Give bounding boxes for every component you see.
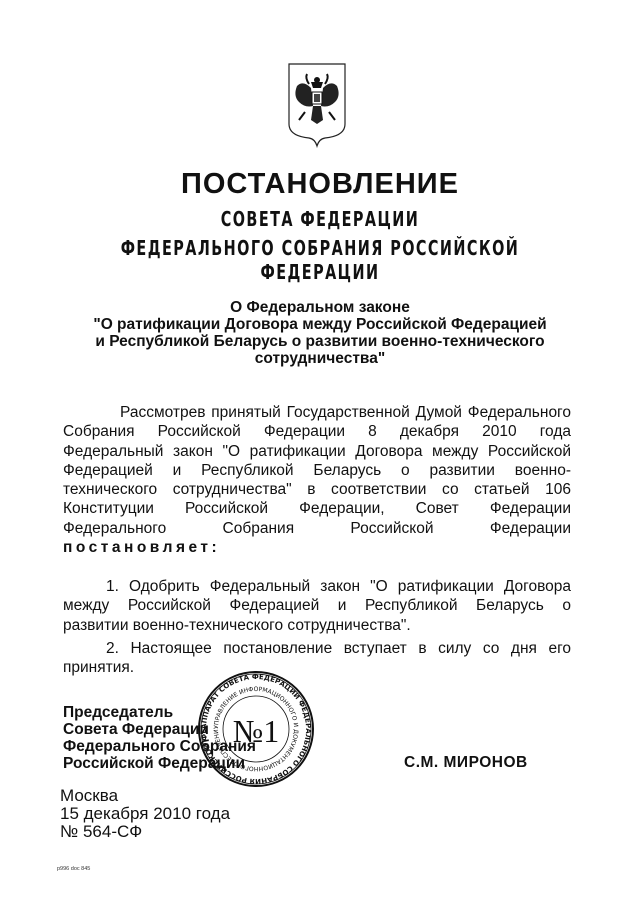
item-line: между Российской Федерацией и Республико… [63, 596, 571, 615]
place-and-date: Москва 15 декабря 2010 года № 564-СФ [60, 787, 230, 841]
law-title-line: О Федеральном законе [70, 299, 570, 316]
coat-of-arms-emblem [275, 58, 359, 150]
issuer-line-2: ФЕДЕРАЛЬНОГО СОБРАНИЯ РОССИЙСКОЙ ФЕДЕРАЦ… [90, 236, 551, 284]
item-line: 1. Одобрить Федеральный закон "О ратифик… [63, 577, 571, 596]
preamble-line: технического сотрудничества" в соответст… [63, 480, 571, 499]
stamp-number: №1 [233, 713, 280, 749]
document-number: № 564-СФ [60, 823, 230, 841]
law-title-line: и Республикой Беларусь о развитии военно… [70, 333, 570, 350]
resolves-word: постановляет: [63, 538, 571, 557]
law-title-line: сотрудничества" [70, 350, 570, 367]
footer-code: р996 doc 845 [57, 866, 90, 872]
signatory-name: С.М. МИРОНОВ [404, 754, 528, 772]
law-title: О Федеральном законе "О ратификации Дого… [70, 299, 570, 367]
issuer-line-1: СОВЕТА ФЕДЕРАЦИИ [90, 207, 551, 231]
official-stamp: АППАРАТ СОВЕТА ФЕДЕРАЦИИ ФЕДЕРАЛЬНОГО СО… [196, 669, 316, 789]
city: Москва [60, 787, 230, 805]
resolution-item-1: 1. Одобрить Федеральный закон "О ратифик… [63, 577, 571, 635]
item-line: принятия. [63, 658, 571, 677]
document-title: ПОСТАНОВЛЕНИЕ [0, 168, 640, 201]
preamble-paragraph: Рассмотрев принятый Государственной Думо… [63, 403, 571, 557]
item-line: 2. Настоящее постановление вступает в си… [63, 639, 571, 658]
preamble-line: Конституции Российской Федерации, Совет … [63, 499, 571, 518]
preamble-line: Федерального Собрания Российской Федерац… [63, 519, 571, 538]
date: 15 декабря 2010 года [60, 805, 230, 823]
law-title-line: "О ратификации Договора между Российской… [70, 316, 570, 333]
preamble-line: Собрания Российской Федерации 8 декабря … [63, 422, 571, 441]
item-line: развитии военно-технического сотрудничес… [63, 616, 571, 635]
preamble-line: Федерацией и Республикой Беларусь о разв… [63, 461, 571, 480]
preamble-line: Федеральный закон "О ратификации Договор… [63, 442, 571, 461]
preamble-line: Рассмотрев принятый Государственной Думо… [63, 403, 571, 422]
resolution-item-2: 2. Настоящее постановление вступает в си… [63, 639, 571, 678]
